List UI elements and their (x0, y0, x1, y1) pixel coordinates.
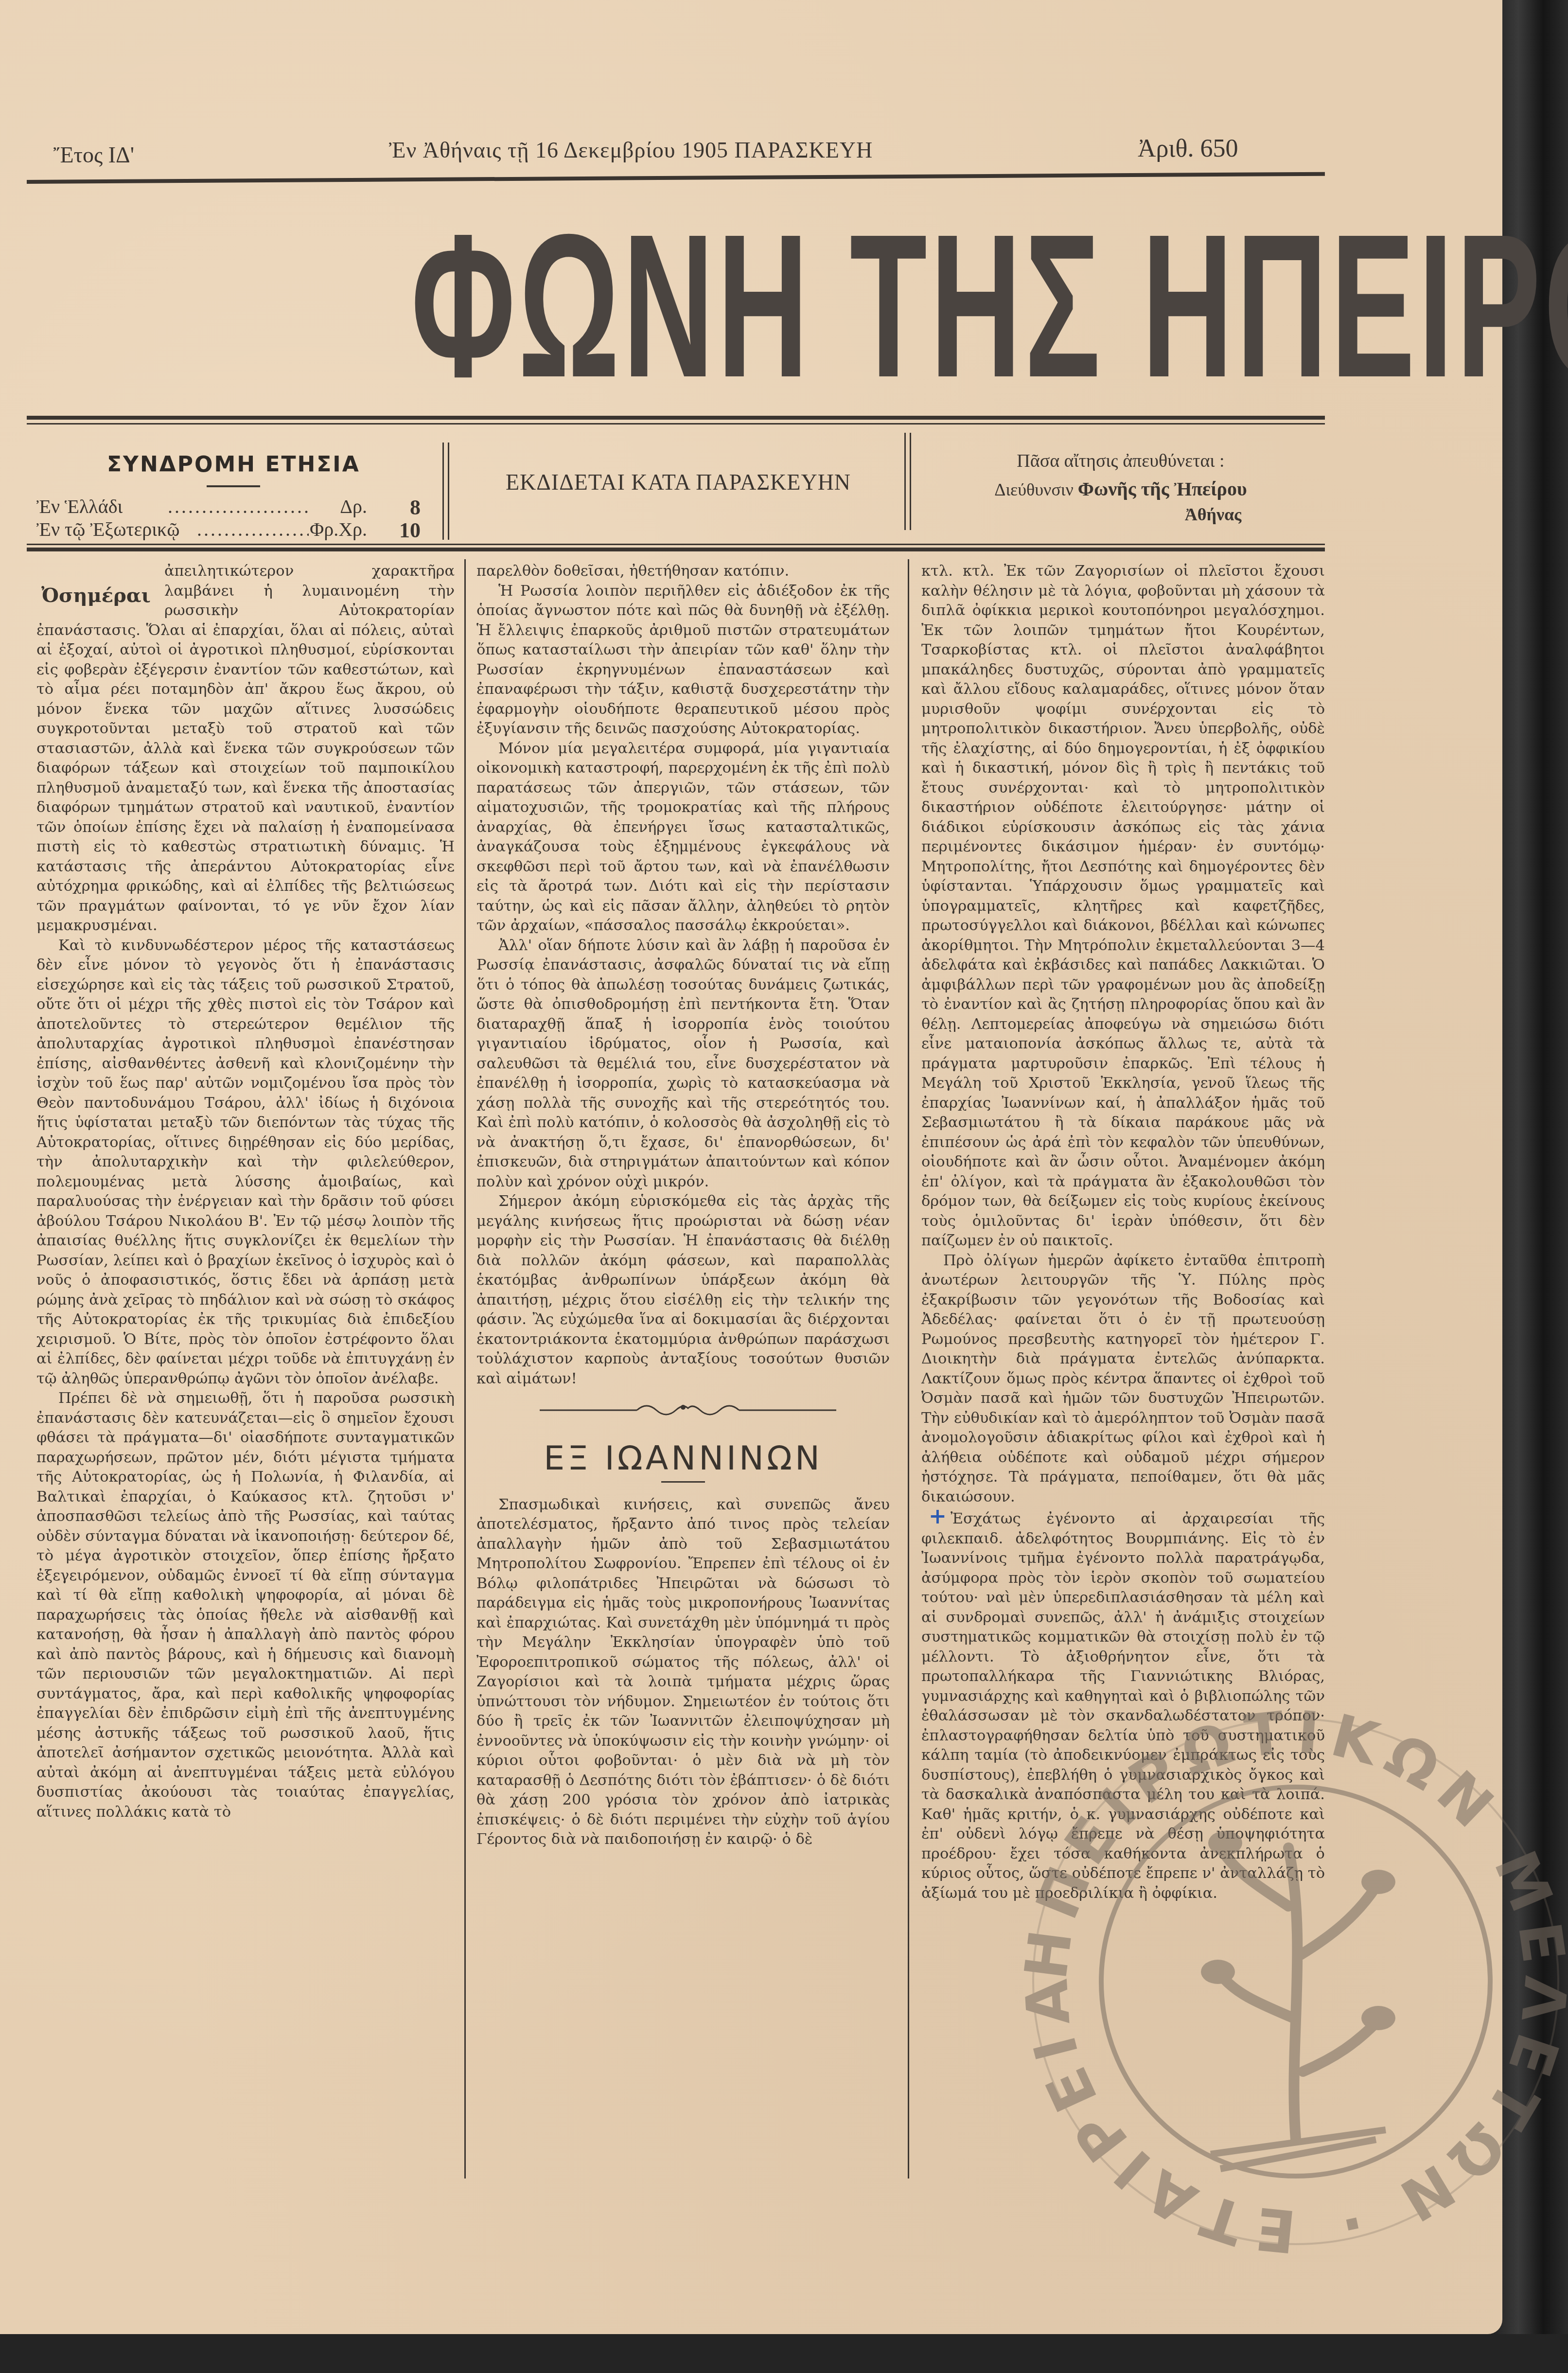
article-paragraph: Μόνον μία μεγαλειτέρα συμφορά, μία γιγαν… (476, 739, 890, 936)
article-paragraph: Πρέπει δὲ νὰ σημειωθῇ, ὅτι ἡ παροῦσα ρωσ… (36, 1389, 455, 1822)
contact-box: Πᾶσα αἴτησις ἀπευθύνεται : Διεύθυνσιν Φω… (921, 443, 1320, 525)
contact-city: Ἀθήνας (1106, 504, 1320, 525)
article-paragraph: Ὀσημέραι ἀπειλητικώτερον χαρακτῆρα λαμβά… (36, 562, 455, 936)
masthead: ΦΩΝΗ ΤΗΣ ΗΠΕΙΡΟΥ (27, 199, 1320, 413)
article-column-3: κτλ. κτλ. Ἐκ τῶν Ζαγορισίων οἱ πλεῖστοι … (921, 562, 1325, 1903)
infoband-rule-thin (27, 544, 1325, 545)
year-label: Ἔτος ΙΔ' (53, 142, 134, 168)
article-paragraph: Πρὸ ὀλίγων ἡμερῶν ἀφίκετο ἐνταῦθα ἐπιτρο… (921, 1251, 1325, 1507)
subscription-price: 8 (410, 495, 421, 520)
subscription-price: 10 (399, 518, 421, 543)
infoband-rule (27, 548, 1325, 551)
leader-dots: ...................................... (168, 495, 309, 518)
paragraph-text: ἀπειλητικώτερον χαρακτῆρα λαμβάνει ἡ λυμ… (36, 563, 455, 934)
publication-schedule: ΕΚΔΙΔΕΤΑΙ ΚΑΤΑ ΠΑΡΑΣΚΕΥΗΝ (472, 469, 885, 495)
article-column-1: Ὀσημέραι ἀπειλητικώτερον χαρακτῆρα λαμβά… (36, 562, 455, 1822)
article-paragraph: Σπασμωδικαὶ κινήσεις, καὶ συνεπῶς ἄνευ ἀ… (476, 1495, 890, 1850)
contact-line-2: Διεύθυνσιν Φωνῆς τῆς Ἠπείρου (921, 478, 1320, 500)
contact-prefix: Διεύθυνσιν (994, 480, 1074, 499)
article-paragraph: κτλ. κτλ. Ἐκ τῶν Ζαγορισίων οἱ πλεῖστοι … (921, 562, 1325, 1251)
subscription-label: Ἐν Ἑλλάδι (36, 495, 123, 518)
masthead-rule (27, 416, 1325, 420)
contact-line-1: Πᾶσα αἴτησις ἀπευθύνεται : (921, 450, 1320, 472)
lead-word: Ὀσημέραι (41, 581, 151, 610)
article-paragraph: Σήμερον ἀκόμη εὑρισκόμεθα εἰς τὰς ἀρχὰς … (476, 1192, 890, 1389)
subscription-box: ΣΥΝΔΡΟΜΗ ΕΤΗΣΙΑ Ἐν Ἑλλάδι ..............… (27, 433, 445, 545)
info-divider-2a (904, 433, 906, 530)
info-divider-1a (442, 443, 444, 540)
article-paragraph: Ἀλλ' οἵαν δήποτε λύσιν καὶ ἂν λάβῃ ἡ παρ… (476, 936, 890, 1192)
subscription-title: ΣΥΝΔΡΟΜΗ ΕΤΗΣΙΑ (107, 452, 360, 477)
article-column-2: παρελθὸν δοθεῖσαι, ἠθετήθησαν κατόπιν. Ἡ… (476, 562, 890, 1850)
info-divider-1b (448, 443, 449, 540)
leader-dots: ...................................... (197, 518, 309, 541)
section-heading: ΕΞ ΙΩΑΝΝΙΝΩΝ (476, 1439, 890, 1478)
column-divider-1 (464, 559, 466, 2178)
section-heading-rule (661, 1481, 705, 1483)
info-divider-2b (910, 433, 911, 530)
dateline: Ἔτος ΙΔ' Ἐν Ἀθήναις τῇ 16 Δεκεμβρίου 190… (27, 137, 1320, 171)
column-divider-2 (908, 559, 909, 2178)
article-paragraph: παρελθὸν δοθεῖσαι, ἠθετήθησαν κατόπιν. (476, 562, 890, 582)
masthead-rule-thin (27, 423, 1325, 425)
subscription-label: Ἐν τῷ Ἐξωτερικῷ (36, 518, 180, 541)
article-paragraph: +Ἐσχάτως ἐγένοντο αἱ ἀρχαιρεσίαι τῆς φιλ… (921, 1507, 1325, 1903)
masthead-title: ΦΩΝΗ ΤΗΣ ΗΠΕΙΡΟΥ (411, 199, 1568, 413)
handwritten-cross-mark: + (929, 1504, 947, 1529)
issue-number: Ἀριθ. 650 (1138, 134, 1238, 163)
paragraph-text: Ἐσχάτως ἐγένοντο αἱ ἀρχαιρεσίαι τῆς φιλε… (921, 1510, 1325, 1902)
page-content: Ἔτος ΙΔ' Ἐν Ἀθήναις τῇ 16 Δεκεμβρίου 190… (27, 0, 1320, 2334)
newspaper-page: Ἔτος ΙΔ' Ἐν Ἀθήναις τῇ 16 Δεκεμβρίου 190… (0, 0, 1502, 2334)
date-line: Ἐν Ἀθήναις τῇ 16 Δεκεμβρίου 1905 ΠΑΡΑΣΚΕ… (389, 137, 873, 163)
contact-paper-name: Φωνῆς τῆς Ἠπείρου (1078, 478, 1247, 500)
subscription-currency: Φρ.Χρ. (310, 518, 367, 541)
book-binding-bottom (0, 2334, 1568, 2373)
article-paragraph: Ἡ Ρωσσία λοιπὸν περιῆλθεν εἰς ἀδιέξοδον … (476, 582, 890, 739)
subscription-currency: Δρ. (340, 495, 367, 518)
dateline-rule (27, 172, 1325, 184)
article-paragraph: Καὶ τὸ κινδυνωδέστερον μέρος τῆς καταστά… (36, 936, 455, 1389)
info-band: ΣΥΝΔΡΟΜΗ ΕΤΗΣΙΑ Ἐν Ἑλλάδι ..............… (27, 433, 1320, 545)
subscription-title-underline (207, 485, 260, 487)
ornamental-flourish-divider (476, 1400, 890, 1420)
